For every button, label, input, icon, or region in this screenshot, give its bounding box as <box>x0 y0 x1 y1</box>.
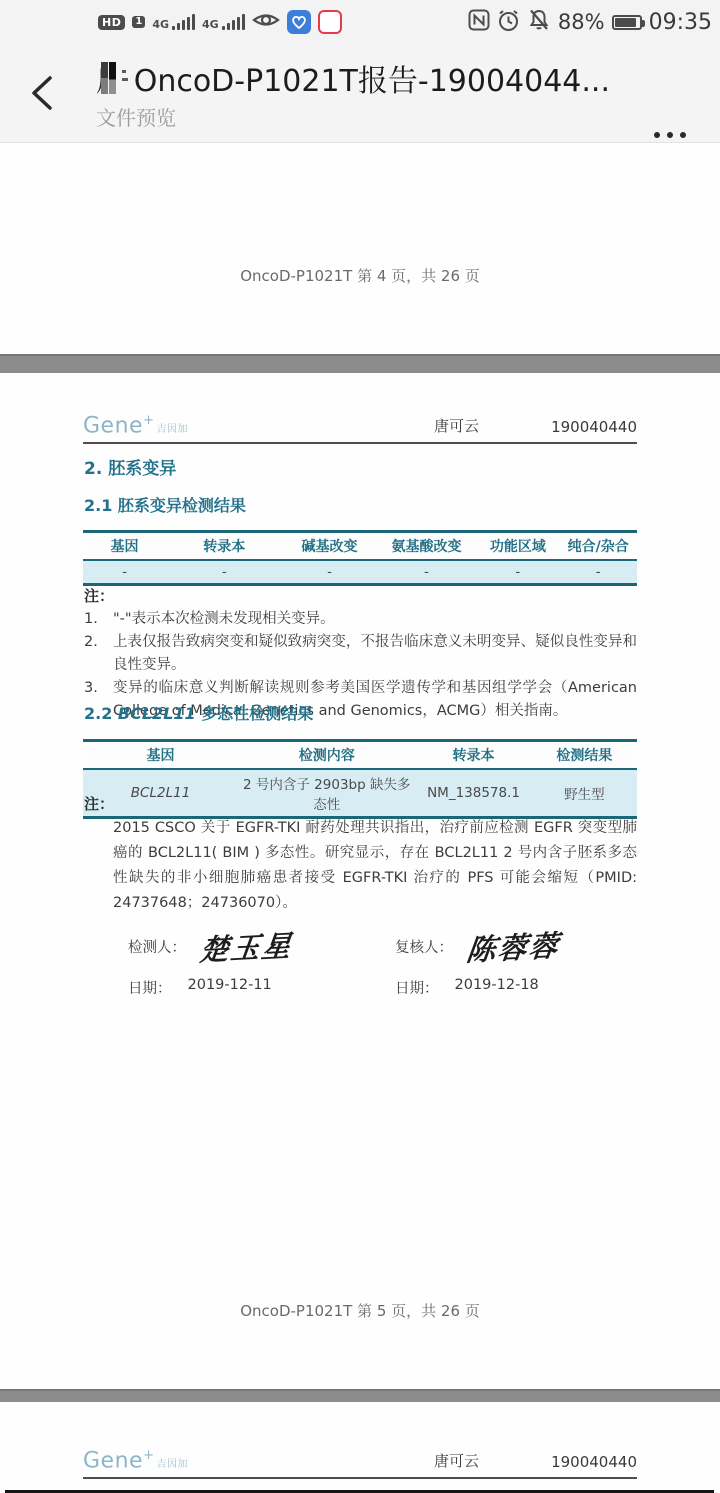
app-icon-blue <box>287 10 311 34</box>
reviewer-signature: 陈蓉蓉 <box>465 923 563 969</box>
table-cell: - <box>166 560 282 585</box>
column-header: 氨基酸改变 <box>377 532 477 561</box>
table-cell: NM_138578.1 <box>415 769 531 818</box>
pdf-viewer[interactable]: OncoD-P1021T 第 4 页，共 26 页 Gene+吉因加 唐可云 1… <box>0 144 720 1493</box>
alarm-icon <box>497 9 520 36</box>
report-id: 190040440 <box>551 418 637 436</box>
redaction-block <box>109 62 115 94</box>
patient-name: 唐可云 <box>434 415 479 436</box>
table-cell: 野生型 <box>532 769 637 818</box>
status-bar: HD 1 4G 4G <box>0 0 720 44</box>
bcl2l11-polymorphism-table: 基因 检测内容 转录本 检测结果 BCL2L11 2 号内含子 2903bp 缺… <box>83 739 637 819</box>
tester-date: 2019-12-11 <box>188 977 272 998</box>
document-title-block: 唐OncoD-P1021T报告-19004044... 文件预览 <box>96 56 610 131</box>
battery-percent: 88% <box>558 10 605 34</box>
document-title: 唐OncoD-P1021T报告-19004044... <box>96 56 610 100</box>
screen: HD 1 4G 4G <box>0 0 720 1493</box>
column-header: 功能区域 <box>476 532 559 561</box>
table-header-row: 基因 转录本 碱基改变 氨基酸改变 功能区域 纯合/杂合 <box>83 532 637 561</box>
note-item: 2.上表仅报告致病突变和疑似致病突变，不报告临床意义未明变异、疑似良性变异和良性… <box>84 631 637 677</box>
table-cell: - <box>559 560 637 585</box>
note-label: 注： <box>84 585 114 606</box>
signal-4g-sim1-icon: 4G <box>152 14 195 30</box>
app-icon-red <box>318 10 342 34</box>
clock-text: 09:35 <box>649 10 712 35</box>
germline-variant-table: 基因 转录本 碱基改变 氨基酸改变 功能区域 纯合/杂合 - - - - - - <box>83 530 637 586</box>
geneplus-logo: Gene+吉因加 <box>83 413 188 438</box>
column-header: 纯合/杂合 <box>559 532 637 561</box>
reviewer-signature-group: 复核人： 陈蓉蓉 <box>395 926 560 967</box>
column-header: 转录本 <box>166 532 282 561</box>
status-bar-left: HD 1 4G 4G <box>98 9 342 35</box>
table-cell: - <box>377 560 477 585</box>
reviewer-date: 2019-12-18 <box>455 977 539 998</box>
bcl2l11-note-paragraph: 2015 CSCO 关于 EGFR-TKI 耐药处理共识指出，治疗前应检测 EG… <box>113 816 637 916</box>
table-cell: - <box>476 560 559 585</box>
tester-signature: 楚玉星 <box>198 923 296 969</box>
tester-label: 检测人： <box>128 936 186 957</box>
report-id: 190040440 <box>551 1453 637 1471</box>
column-header: 基因 <box>83 532 166 561</box>
section-2-2-title: 2.2 BCL2L11 多态性检测结果 <box>84 701 637 724</box>
nav-bar: 唐OncoD-P1021T报告-19004044... 文件预览 <box>0 44 720 143</box>
table-row: - - - - - - <box>83 560 637 585</box>
table-header-row: 基因 检测内容 转录本 检测结果 <box>83 741 637 770</box>
page-5-footer: OncoD-P1021T 第 5 页，共 26 页 <box>0 1300 720 1321</box>
redaction-block <box>101 62 108 94</box>
table-cell: - <box>282 560 376 585</box>
back-button[interactable] <box>24 70 64 116</box>
page-separator <box>0 354 720 373</box>
report-header: Gene+吉因加 唐可云 190040440 <box>83 1449 637 1479</box>
eye-comfort-icon <box>252 9 280 35</box>
hd-icon: HD <box>98 15 125 30</box>
preview-label: 文件预览 <box>96 102 610 131</box>
tester-signature-group: 检测人： 楚玉星 <box>128 926 293 967</box>
tester-date-group: 日期： 2019-12-11 <box>128 977 272 998</box>
reviewer-date-group: 日期： 2019-12-18 <box>395 977 539 998</box>
reviewer-label: 复核人： <box>395 936 453 957</box>
table-row: BCL2L11 2 号内含子 2903bp 缺失多态性 NM_138578.1 … <box>83 769 637 818</box>
column-header: 基因 <box>83 741 238 770</box>
note-label: 注： <box>84 793 114 814</box>
geneplus-logo: Gene+吉因加 <box>83 1448 188 1473</box>
table-cell: 2 号内含子 2903bp 缺失多态性 <box>238 769 415 818</box>
date-label: 日期： <box>395 977 439 998</box>
patient-name: 唐可云 <box>434 1450 479 1471</box>
column-header: 碱基改变 <box>282 532 376 561</box>
column-header: 检测内容 <box>238 741 415 770</box>
note-item: 1."-"表示本次检测未发现相关变异。 <box>84 608 637 631</box>
column-header: 检测结果 <box>532 741 637 770</box>
status-bar-right: 88% 09:35 <box>468 8 712 36</box>
mute-icon <box>527 8 551 36</box>
document-title-text: OncoD-P1021T报告-19004044... <box>134 56 610 100</box>
section-2-title: 2. 胚系变异 <box>84 454 637 479</box>
nfc-icon <box>468 9 490 35</box>
table-cell: - <box>83 560 166 585</box>
page-4-footer: OncoD-P1021T 第 4 页，共 26 页 <box>0 265 720 286</box>
date-label: 日期： <box>128 977 172 998</box>
report-header: Gene+吉因加 唐可云 190040440 <box>83 414 637 444</box>
section-2-1-title: 2.1 胚系变异检测结果 <box>84 493 637 516</box>
sim-icon: 1 <box>132 16 145 28</box>
redaction-block <box>122 63 128 93</box>
battery-icon <box>612 15 642 30</box>
page-separator <box>0 1389 720 1402</box>
signal-4g-sim2-icon: 4G <box>202 14 245 30</box>
more-menu-button[interactable] <box>654 132 686 138</box>
column-header: 转录本 <box>415 741 531 770</box>
